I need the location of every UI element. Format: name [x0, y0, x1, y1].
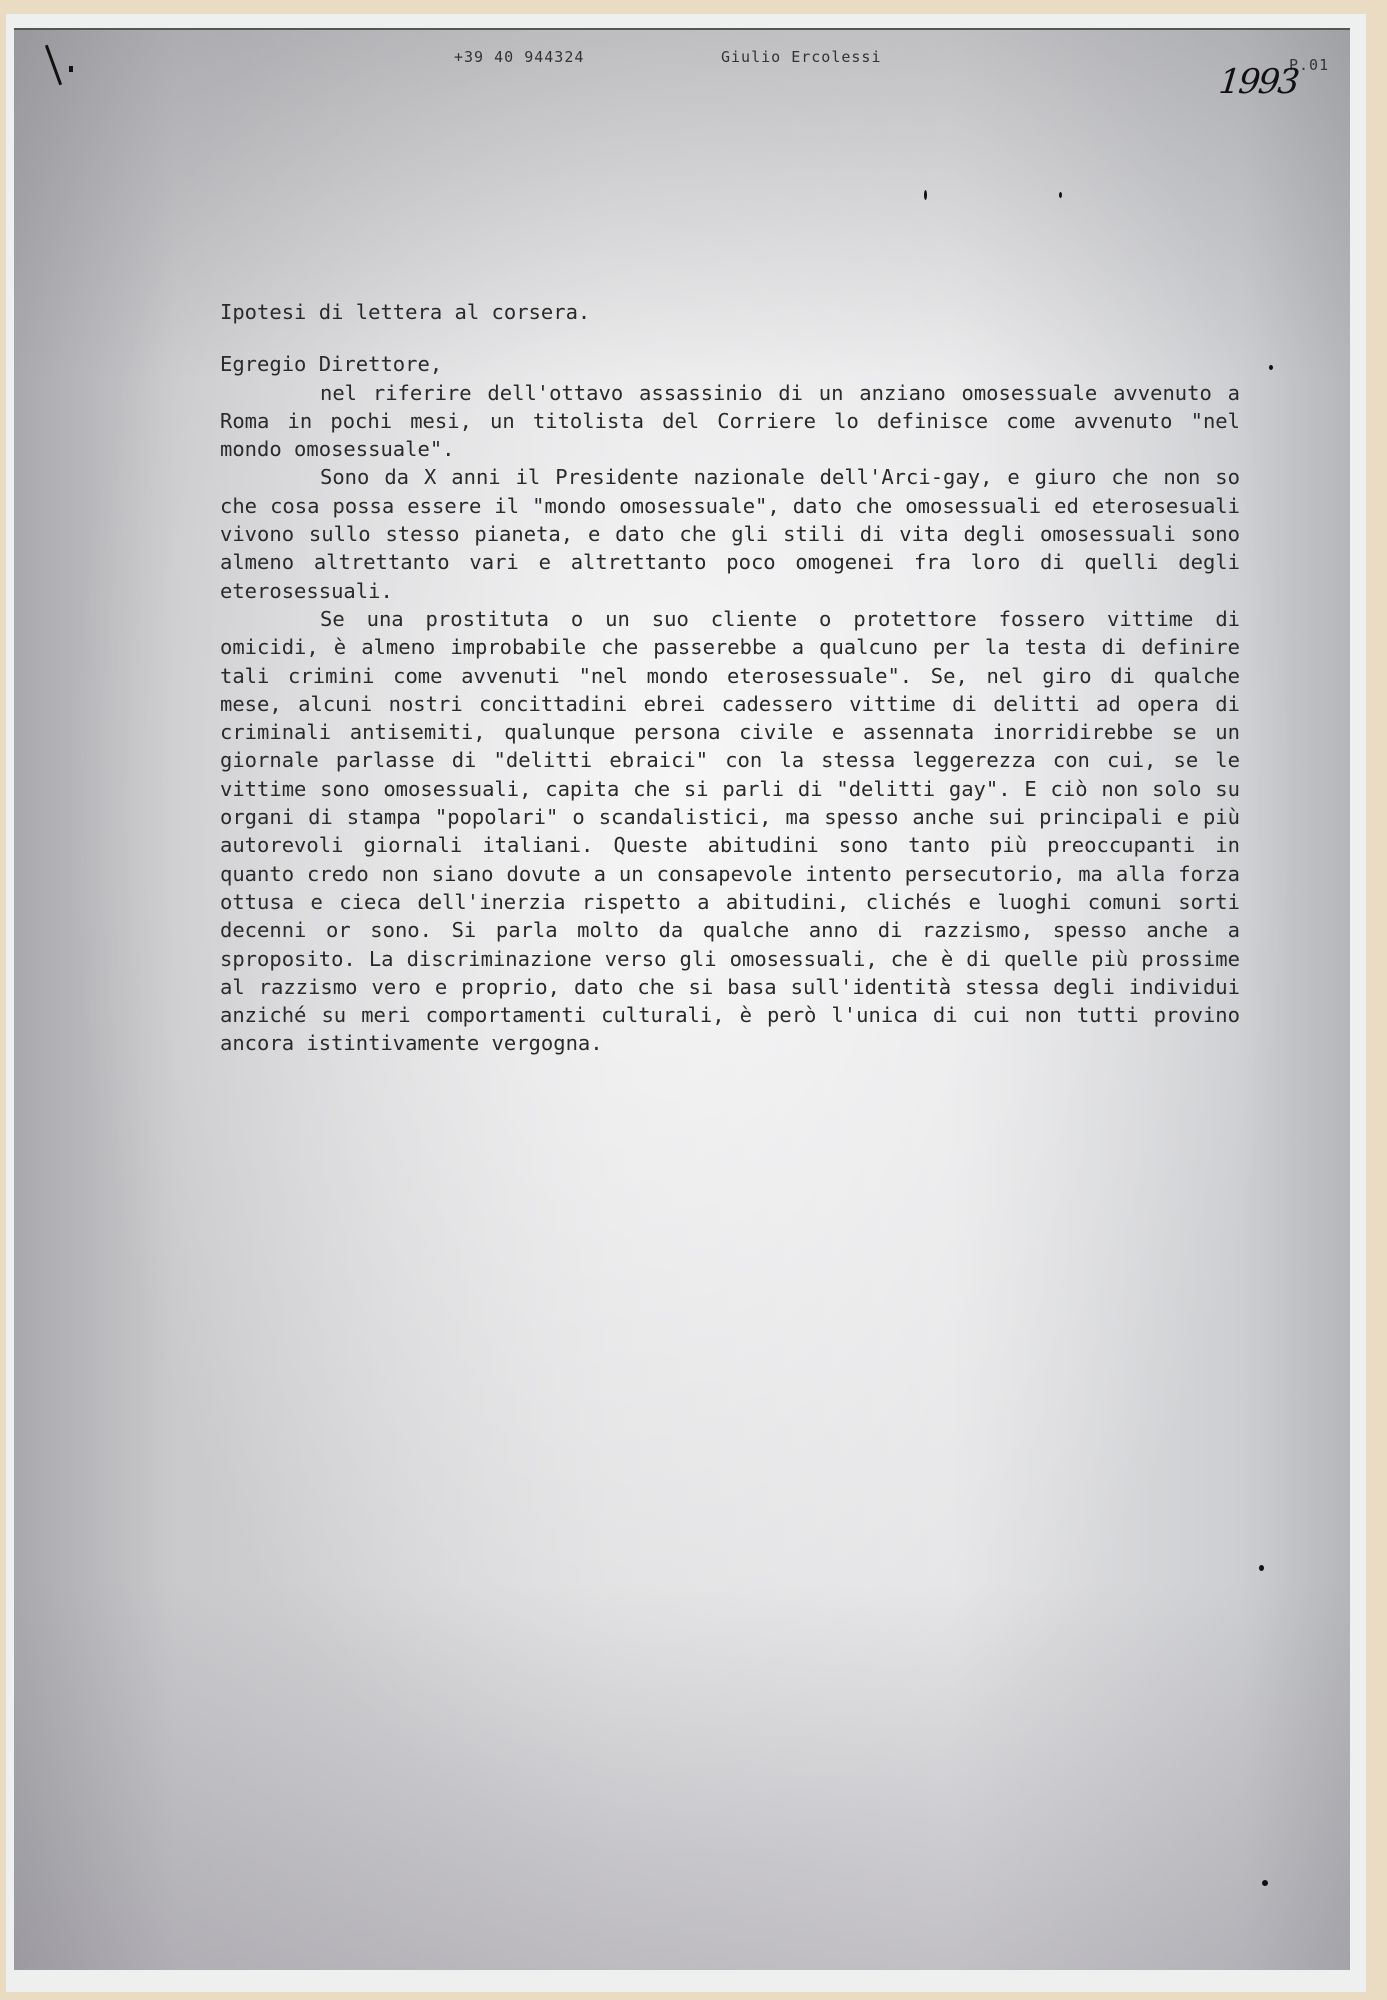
letter-paragraph-3: Se una prostituta o un suo cliente o pro… — [220, 605, 1240, 1058]
letter-title: Ipotesi di lettera al corsera. — [220, 298, 1240, 326]
fax-sender-name: Giulio Ercolessi — [721, 48, 882, 66]
fax-speck — [1262, 1880, 1268, 1886]
letter-paragraph-2: Sono da X anni il Presidente nazionale d… — [220, 463, 1240, 604]
fax-speck — [1059, 192, 1062, 198]
letter-body: Ipotesi di lettera al corsera. Egregio D… — [220, 298, 1240, 1058]
fax-speck — [1269, 365, 1273, 370]
paragraph-text: Sono da X anni il Presidente nazionale d… — [220, 465, 1240, 602]
handwritten-year-annotation: 1993 — [1217, 62, 1300, 102]
fax-speck — [1259, 1565, 1264, 1571]
pen-mark — [45, 45, 62, 85]
letter-paragraph-1: nel riferire dell'ottavo assassinio di u… — [220, 379, 1240, 464]
paragraph-text: nel riferire dell'ottavo assassinio di u… — [220, 381, 1240, 462]
fax-speck — [924, 190, 927, 200]
letter-salutation: Egregio Direttore, — [220, 350, 1240, 378]
paragraph-text: Se una prostituta o un suo cliente o pro… — [220, 607, 1240, 1055]
fax-page: +39 40 944324 Giulio Ercolessi P.01 1993… — [14, 28, 1350, 1970]
fax-phone-number: +39 40 944324 — [454, 48, 584, 66]
pen-dot — [69, 66, 73, 72]
